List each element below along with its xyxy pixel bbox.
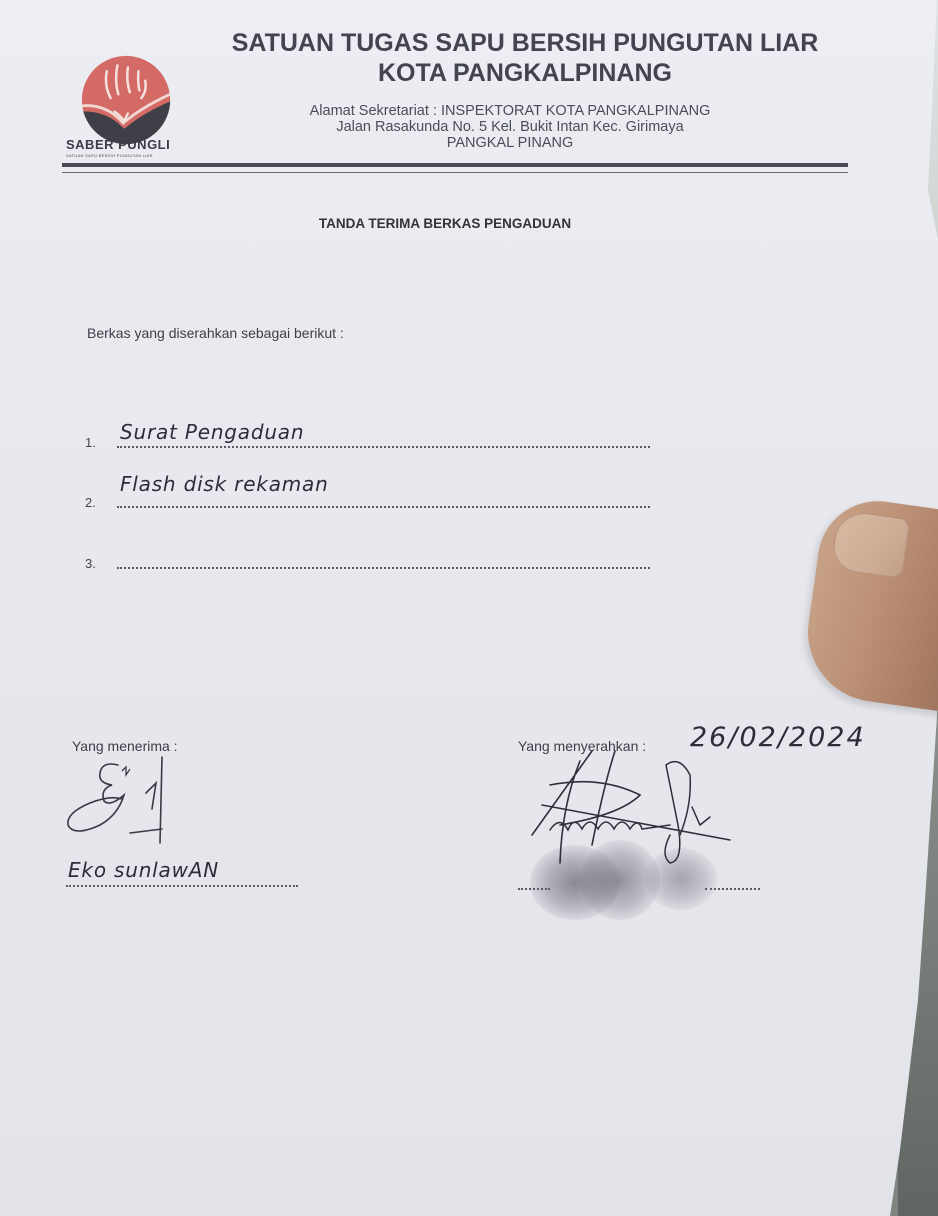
item-number: 2.	[85, 495, 96, 510]
document-title: TANDA TERIMA BERKAS PENGADUAN	[0, 216, 890, 231]
document-paper: SABER PUNGLI SATUAN SAPU BERSIH PUNGUTAN…	[0, 0, 938, 1216]
receiver-label: Yang menerima :	[72, 738, 178, 754]
receiver-signature-line	[66, 885, 298, 887]
receiver-name: Eko sunlawAN	[68, 858, 219, 882]
item-number: 3.	[85, 556, 96, 571]
address-line3: PANGKAL PINANG	[250, 135, 770, 151]
receiver-signature-icon	[60, 755, 180, 865]
letterhead-divider-thin	[62, 172, 848, 173]
item-dotted-line	[117, 506, 650, 508]
list-item: 3.	[85, 541, 650, 571]
item-value: Flash disk rekaman	[120, 472, 329, 496]
letterhead-divider-thick	[62, 163, 848, 167]
item-dotted-line	[117, 446, 650, 448]
item-value: Surat Pengaduan	[120, 420, 304, 444]
submitter-signature-line-right	[705, 888, 760, 890]
saber-pungli-logo-icon	[78, 52, 174, 148]
organization-title: SATUAN TUGAS SAPU BERSIH PUNGUTAN LIAR K…	[200, 28, 850, 88]
logo-subtitle: SATUAN SAPU BERSIH PUNGUTAN LIAR	[66, 153, 196, 158]
letterhead: SABER PUNGLI SATUAN SAPU BERSIH PUNGUTAN…	[0, 0, 900, 185]
list-item: 1. Surat Pengaduan	[85, 420, 650, 450]
submitter-signature-icon	[520, 745, 740, 865]
submitter-signature-line-left	[518, 888, 550, 890]
secretariat-address: Alamat Sekretariat : INSPEKTORAT KOTA PA…	[250, 103, 770, 151]
thumbnail	[830, 509, 910, 578]
intro-text: Berkas yang diserahkan sebagai berikut :	[87, 325, 344, 341]
organization-title-line1: SATUAN TUGAS SAPU BERSIH PUNGUTAN LIAR	[200, 28, 850, 58]
logo-title: SABER PUNGLI	[66, 137, 196, 152]
item-number: 1.	[85, 435, 96, 450]
list-item: 2. Flash disk rekaman	[85, 480, 650, 510]
item-dotted-line	[117, 567, 650, 569]
organization-title-line2: KOTA PANGKALPINANG	[200, 58, 850, 88]
address-line1: Alamat Sekretariat : INSPEKTORAT KOTA PA…	[250, 103, 770, 119]
address-line2: Jalan Rasakunda No. 5 Kel. Bukit Intan K…	[250, 119, 770, 135]
